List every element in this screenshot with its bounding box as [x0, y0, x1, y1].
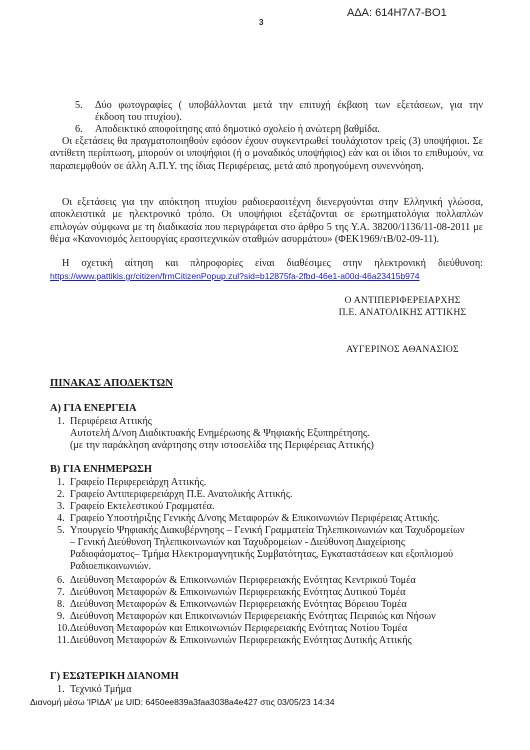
section-b-item: Διεύθυνση Μεταφορών & Επικοινωνιών Περιφ… [70, 575, 416, 586]
section-b-item: Διεύθυνση Μεταφορών και Επικοινωνιών Περ… [70, 611, 436, 622]
page-number: 3 [259, 18, 263, 27]
signatory-name: ΑΥΓΕΡΙΝΟΣ ΑΘΑΝΑΣΙΟΣ [290, 344, 515, 355]
section-a-item-line: Αυτοτελή Δ/νση Διαδικτυακής Ενημέρωσης &… [70, 428, 370, 439]
signatory-title-line2: Π.Ε. ΑΝΑΤΟΛΙΚΗΣ ΑΤΤΙΚΗΣ [290, 307, 515, 318]
section-b-item-number: 1. [57, 477, 65, 488]
distribution-footer: Διανομή μέσω 'ΙΡΙΔΑ' με UID: 6450ee839a3… [30, 697, 335, 707]
section-b-item-number: 10. [57, 623, 70, 634]
section-b-item-number: 4. [57, 513, 65, 524]
section-a-item-number: 1. [57, 416, 65, 427]
section-b-title: Β) ΓΙΑ ΕΝΗΜΕΡΩΣΗ [50, 464, 152, 475]
section-c-item-number: 1. [57, 684, 65, 695]
section-b-item: Διεύθυνση Μεταφορών & Επικοινωνιών Περιφ… [70, 635, 412, 646]
section-b-item-number: 3. [57, 501, 65, 512]
section-c-title: Γ) ΕΣΩΤΕΡΙΚΗ ΔΙΑΝΟΜΗ [50, 671, 179, 682]
req-5-line2: έκδοση του πτυχίου). [95, 112, 182, 124]
section-a-title: Α) ΓΙΑ ΕΝΕΡΓΕΙΑ [50, 403, 137, 414]
req-6-number: 6. [75, 124, 83, 136]
req-5-number: 5. [75, 100, 83, 112]
section-b-item-number: 8. [57, 599, 65, 610]
section-b-item: Διεύθυνση Μεταφορών και Επικοινωνιών Περ… [70, 623, 407, 634]
section-b-item-number: 7. [57, 587, 65, 598]
section-b-item: Γραφείο Περιφερειάρχη Αττικής. [70, 477, 206, 488]
application-link[interactable]: https://www.pattikis.gr/citizen/frmCitiz… [50, 271, 420, 281]
ada-code: ΑΔΑ: 614Η7Λ7-ΒΟ1 [347, 7, 447, 19]
section-b-item: – Γενική Διεύθυνση Τηλεπικοινωνιών και Τ… [70, 537, 405, 548]
section-b-item: Ραδιοεπικοινωνιών. [70, 561, 151, 572]
section-a-item-line: (με την παράκληση ανάρτησης στην ιστοσελ… [70, 440, 374, 451]
section-b-item: Ραδιοφάσματος– Τμήμα Ηλεκτρομαγνητικής Σ… [70, 549, 453, 560]
paragraph-application-info: Η σχετική αίτηση και πληροφορίες είναι δ… [50, 258, 483, 270]
section-b-item-number: 5. [57, 525, 65, 536]
section-a-item-line: Περιφέρεια Αττικής [70, 416, 152, 427]
section-b-item: Διεύθυνση Μεταφορών & Επικοινωνιών Περιφ… [70, 587, 405, 598]
section-b-item: Υπουργείο Ψηφιακής Διακυβέρνησης – Γενικ… [70, 525, 464, 536]
paragraph-exam-conditions: Οι εξετάσεις θα πραγματοποιηθούν εφόσον … [50, 136, 483, 173]
section-c-item: Τεχνικό Τμήμα [70, 684, 131, 695]
section-b-item-number: 6. [57, 575, 65, 586]
req-5-line1: Δύο φωτογραφίες ( υποβάλλονται μετά την … [95, 100, 483, 112]
section-b-item: Διεύθυνση Μεταφορών & Επικοινωνιών Περιφ… [70, 599, 407, 610]
recipients-heading: ΠΙΝΑΚΑΣ ΑΠΟΔΕΚΤΩΝ [50, 378, 173, 389]
req-6-text: Αποδεικτικό αποφοίτησης από δημοτικό σχο… [95, 124, 380, 136]
section-b-item: Γραφείο Εκτελεστικού Γραμματέα. [70, 501, 215, 512]
section-b-item-number: 9. [57, 611, 65, 622]
signatory-title-line1: Ο ΑΝΤΙΠΕΡΙΦΕΡΕΙΑΡΧΗΣ [290, 295, 515, 306]
section-b-item: Γραφείο Υποστήριξης Γενικής Δ/νσης Μεταφ… [70, 513, 440, 524]
section-b-item: Γραφείο Αντιπεριφερειάρχη Π.Ε. Ανατολική… [70, 489, 292, 500]
section-b-item-number: 2. [57, 489, 65, 500]
paragraph-exam-procedure: Οι εξετάσεις για την απόκτηση πτυχίου ρα… [50, 197, 483, 246]
section-b-item-number: 11. [57, 635, 69, 646]
